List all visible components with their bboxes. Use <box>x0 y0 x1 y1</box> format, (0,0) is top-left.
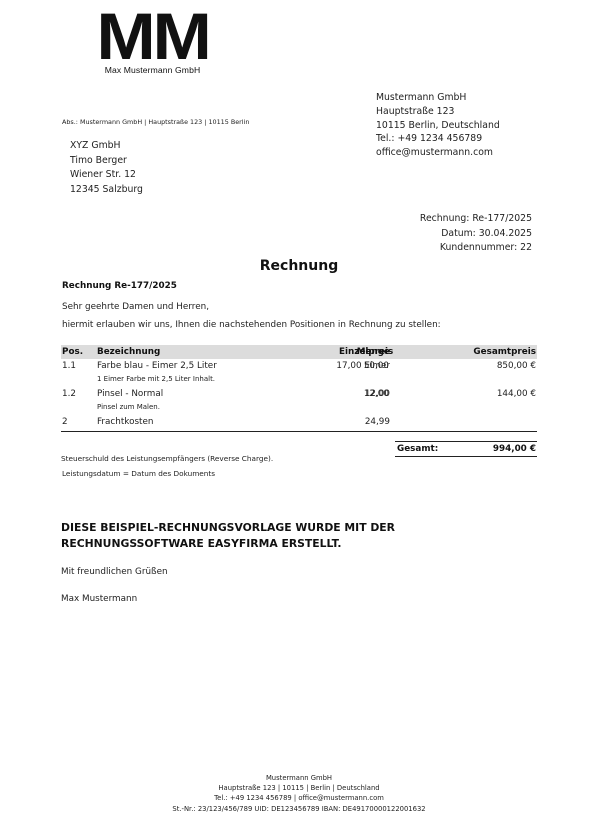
grand-total-label: Gesamt: <box>397 444 438 454</box>
recipient-address: XYZ GmbH Timo Berger Wiener Str. 12 1234… <box>70 139 143 197</box>
signature-name: Max Mustermann <box>61 594 137 604</box>
footer-line: Mustermann GmbH <box>0 773 591 783</box>
document-title: Rechnung <box>0 258 591 274</box>
customer-number: Kundennummer: 22 <box>420 241 532 256</box>
company-line: Mustermann GmbH <box>376 91 500 105</box>
invoice-meta: Rechnung: Re-177/2025 Datum: 30.04.2025 … <box>420 212 532 256</box>
company-line: Hauptstraße 123 <box>376 105 500 119</box>
header-unit-price: Einzelpreis <box>339 347 393 357</box>
table-row: 2 Frachtkosten 24,99 <box>61 415 537 429</box>
page-footer: Mustermann GmbH Hauptstraße 123 | 10115 … <box>0 773 591 814</box>
header-pos: Pos. <box>62 347 83 357</box>
row-pos: 2 <box>62 417 68 427</box>
table-row-note: 1 Eimer Farbe mit 2,5 Liter Inhalt. <box>61 373 537 387</box>
grand-total-value: 994,00 € <box>493 444 536 454</box>
total-rule-bottom <box>395 456 537 457</box>
row-note: 1 Eimer Farbe mit 2,5 Liter Inhalt. <box>97 375 215 383</box>
invoice-subject: Rechnung Re-177/2025 <box>62 281 177 291</box>
reverse-charge-note: Steuerschuld des Leistungsempfängers (Re… <box>61 454 273 463</box>
header-total: Gesamtpreis <box>473 347 536 357</box>
company-info: Mustermann GmbH Hauptstraße 123 10115 Be… <box>376 91 500 160</box>
row-pos: 1.1 <box>62 361 76 371</box>
footer-line: Tel.: +49 1234 456789 | office@musterman… <box>0 793 591 803</box>
table-row: 1.2 Pinsel - Normal 12,00 12,00 144,00 € <box>61 387 537 401</box>
header-description: Bezeichnung <box>97 347 160 357</box>
footer-line: St.-Nr.: 23/123/456/789 UID: DE123456789… <box>0 804 591 814</box>
row-description: Farbe blau - Eimer 2,5 Liter <box>97 361 217 371</box>
row-description: Frachtkosten <box>97 417 153 427</box>
company-logo: MM Max Mustermann GmbH <box>90 8 215 75</box>
logo-mark: MM <box>85 8 220 64</box>
invoice-number: Rechnung: Re-177/2025 <box>420 212 532 227</box>
row-total: 144,00 € <box>497 389 536 399</box>
row-pos: 1.2 <box>62 389 76 399</box>
promo-text: DIESE BEISPIEL-RECHNUNGSVORLAGE WURDE MI… <box>61 520 541 552</box>
sender-return-address: Abs.: Mustermann GmbH | Hauptstraße 123 … <box>62 118 249 126</box>
invoice-date: Datum: 30.04.2025 <box>420 227 532 242</box>
table-header: Pos. Bezeichnung Menge Einzelpreis Gesam… <box>61 345 537 359</box>
intro-text: hiermit erlauben wir uns, Ihnen die nach… <box>62 320 441 330</box>
row-quantity: 24,99 <box>365 417 390 427</box>
row-total: 850,00 € <box>497 361 536 371</box>
line-items-table: Pos. Bezeichnung Menge Einzelpreis Gesam… <box>61 345 537 432</box>
total-rule-top <box>395 441 537 442</box>
recipient-line: Timo Berger <box>70 154 143 169</box>
footer-line: Hauptstraße 123 | 10115 | Berlin | Deuts… <box>0 783 591 793</box>
row-unit-price: 50,00 <box>364 361 389 371</box>
recipient-line: Wiener Str. 12 <box>70 168 143 183</box>
greeting: Sehr geehrte Damen und Herren, <box>62 302 209 312</box>
company-line: Tel.: +49 1234 456789 <box>376 132 500 146</box>
row-description: Pinsel - Normal <box>97 389 163 399</box>
row-unit-price: 12,00 <box>364 389 389 399</box>
table-row-note: Pinsel zum Malen. <box>61 401 537 415</box>
table-bottom-rule <box>61 431 537 432</box>
table-row: 1.1 Farbe blau - Eimer 2,5 Liter 17,00 E… <box>61 359 537 373</box>
company-line: 10115 Berlin, Deutschland <box>376 119 500 133</box>
recipient-line: XYZ GmbH <box>70 139 143 154</box>
row-note: Pinsel zum Malen. <box>97 403 160 411</box>
service-date-note: Leistungsdatum = Datum des Dokuments <box>62 469 215 478</box>
closing-salutation: Mit freundlichen Grüßen <box>61 567 168 577</box>
company-email: office@mustermann.com <box>376 146 500 160</box>
recipient-line: 12345 Salzburg <box>70 183 143 198</box>
